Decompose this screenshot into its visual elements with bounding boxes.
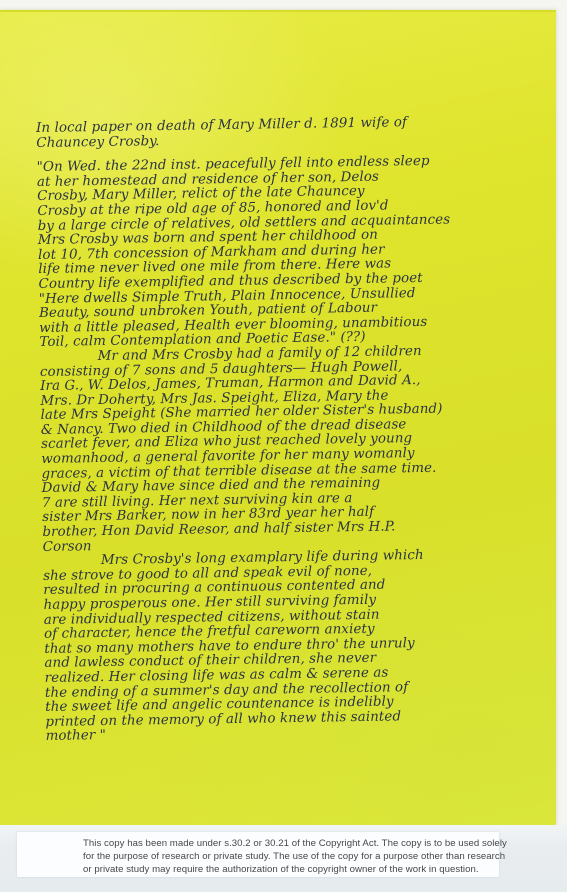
scanned-document: In local paper on death of Mary Miller d… [0, 0, 567, 892]
copyright-box: This copy has been made under s.30.2 or … [17, 832, 499, 877]
yellow-paper-page: In local paper on death of Mary Miller d… [0, 10, 556, 825]
copyright-footer-strip: This copy has been made under s.30.2 or … [0, 825, 567, 892]
copyright-line: or private study may require the authori… [83, 863, 507, 876]
manuscript-text: In local paper on death of Mary Miller d… [36, 114, 546, 745]
copyright-notice: This copy has been made under s.30.2 or … [83, 837, 507, 877]
copyright-line: for the purpose of research or private s… [83, 850, 507, 863]
copyright-line: This copy has been made under s.30.2 or … [83, 837, 507, 850]
